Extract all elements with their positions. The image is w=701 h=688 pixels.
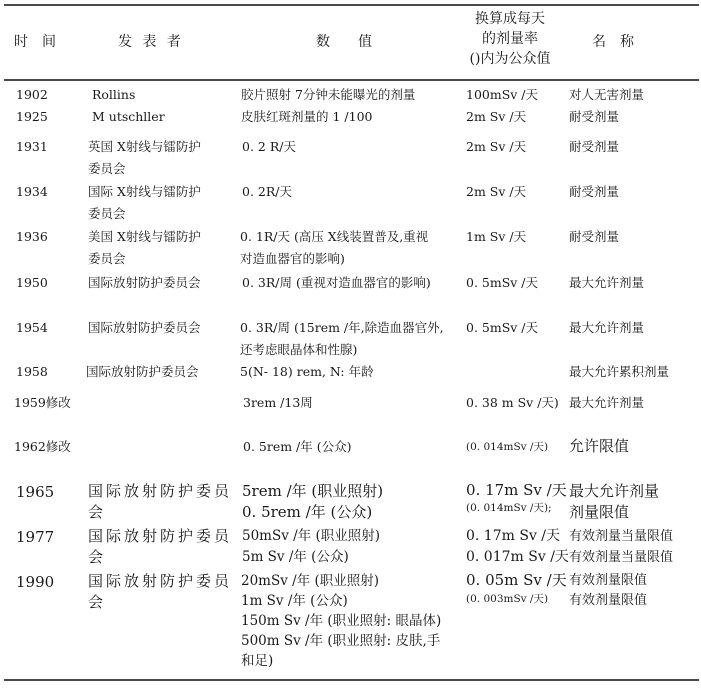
cell-year: 1934: [16, 181, 48, 203]
cell-publisher-line: 委员会: [88, 248, 201, 270]
cell-name-line: 有效剂量当量限值: [569, 547, 673, 568]
cell-rate: 1m Sv /天: [466, 226, 526, 248]
cell-value: 20mSv /年 (职业照射) 1m Sv /年 (公众) 150m Sv /年…: [241, 571, 441, 671]
cell-rate: 0. 17m Sv /天 0. 017m Sv /天: [466, 526, 569, 568]
cell-name: 最大允许剂量: [569, 392, 644, 414]
cell-year: 1958: [16, 361, 48, 383]
cell-rate-line: (0. 014mSv /天);: [466, 499, 567, 517]
cell-name-line: 有效剂量限值: [569, 591, 647, 611]
top-rule: [4, 4, 699, 6]
header-name: 名 称: [592, 32, 634, 52]
cell-value: 0. 2R/天: [242, 181, 292, 203]
cell-value: 胶片照射 7分钟未能曝光的剂量: [241, 84, 415, 106]
cell-publisher-line: 国际放射防护委员: [88, 571, 232, 592]
cell-year: 1902: [16, 84, 48, 106]
cell-rate: 0. 5mSv /天: [466, 272, 538, 294]
header-publisher: 发 表 者: [118, 32, 184, 52]
cell-rate-line: 0. 17m Sv /天: [466, 481, 567, 499]
cell-name-line: 有效剂量限值: [569, 571, 647, 591]
cell-value: 50mSv /年 (职业照射) 5m Sv /年 (公众): [242, 526, 380, 568]
cell-value-line: 150m Sv /年 (职业照射: 眼晶体): [241, 611, 441, 631]
cell-year: 1959修改: [14, 392, 71, 414]
cell-name: 耐受剂量: [569, 226, 619, 248]
cell-name: 有效剂量限值 有效剂量限值: [569, 571, 647, 611]
cell-value-line: 500m Sv /年 (职业照射: 皮肤,手: [241, 631, 441, 651]
cell-rate: 2m Sv /天: [466, 181, 526, 203]
cell-name: 耐受剂量: [569, 136, 619, 158]
cell-publisher: 国际放射防护委员会: [86, 361, 199, 383]
cell-name: 最大允许剂量 剂量限值: [569, 481, 659, 523]
cell-publisher: M utschller: [92, 106, 165, 128]
cell-rate: 0. 5mSv /天: [466, 317, 538, 339]
cell-value-line: 5m Sv /年 (公众): [242, 547, 380, 568]
cell-year: 1925: [16, 106, 48, 128]
cell-rate: (0. 014mSv /天): [466, 436, 548, 458]
cell-name: 耐受剂量: [569, 181, 619, 203]
cell-value: 0. 1R/天 (高压 X线装置普及,重视 对造血器官的影响): [240, 226, 428, 270]
header-daily-rate-line-3: ()内为公众值: [456, 49, 564, 69]
cell-value: 5(N- 18) rem, N: 年龄: [240, 361, 374, 383]
cell-value: 0. 2 R/天: [242, 136, 296, 158]
header-time: 时 间: [14, 32, 56, 52]
cell-rate-line: 0. 17m Sv /天: [466, 526, 569, 547]
header-daily-rate-line-2: 的剂量率: [456, 29, 564, 49]
cell-year: 1936: [16, 226, 48, 248]
cell-value-line: 0. 3R/周 (15rem /年,除造血器官外,: [240, 317, 444, 339]
cell-value: 0. 3R/周 (15rem /年,除造血器官外, 还考虑眼晶体和性腺): [240, 317, 444, 361]
cell-publisher-line: 会: [88, 547, 232, 568]
cell-name-line: 最大允许剂量: [569, 481, 659, 502]
cell-value-line: 对造血器官的影响): [240, 248, 428, 270]
cell-year: 1977: [16, 526, 54, 548]
cell-publisher-line: 国际放射防护委员: [88, 526, 232, 547]
cell-value: 0. 5rem /年 (公众): [243, 436, 352, 458]
cell-rate: 0. 38 m Sv /天): [466, 392, 559, 414]
cell-rate-line: (0. 003mSv /天): [466, 590, 567, 609]
cell-publisher-line: 委员会: [88, 203, 201, 225]
cell-rate: 0. 05m Sv /天 (0. 003mSv /天): [466, 571, 567, 609]
cell-value-line: 5rem /年 (职业照射): [242, 481, 383, 502]
cell-publisher: 国际放射防护委员会: [88, 317, 201, 339]
cell-name-line: 有效剂量当量限值: [569, 526, 673, 547]
cell-year: 1962修改: [14, 436, 71, 458]
cell-year: 1950: [16, 272, 48, 294]
header-rule: [4, 79, 699, 81]
cell-rate: 2m Sv /天: [466, 136, 526, 158]
cell-publisher-line: 美国 X射线与镭防护: [88, 226, 201, 248]
cell-name: 最大允许剂量: [569, 272, 644, 294]
cell-year: 1931: [16, 136, 48, 158]
cell-publisher: 国际 X射线与镭防护 委员会: [88, 181, 201, 225]
cell-publisher: 英国 X射线与镭防护 委员会: [88, 136, 201, 180]
cell-name: 耐受剂量: [569, 106, 619, 128]
cell-publisher: Rollins: [92, 84, 135, 106]
cell-year: 1990: [16, 571, 54, 593]
cell-value-line: 50mSv /年 (职业照射): [242, 526, 380, 547]
cell-rate-line: 0. 05m Sv /天: [466, 571, 567, 590]
cell-rate-line: 0. 017m Sv /天: [466, 547, 569, 568]
cell-year: 1965: [16, 481, 54, 503]
cell-name: 对人无害剂量: [569, 84, 644, 106]
cell-value-line: 1m Sv /年 (公众): [241, 591, 441, 611]
cell-rate: 0. 17m Sv /天 (0. 014mSv /天);: [466, 481, 567, 517]
cell-value-line: 和足): [241, 651, 441, 671]
cell-value-line: 还考虑眼晶体和性腺): [240, 339, 444, 361]
cell-name-line: 剂量限值: [569, 502, 659, 523]
cell-publisher-line: 委员会: [88, 158, 201, 180]
cell-name: 最大允许累积剂量: [569, 361, 669, 383]
cell-name: 有效剂量当量限值 有效剂量当量限值: [569, 526, 673, 568]
cell-publisher-line: 会: [88, 502, 232, 523]
cell-value: 5rem /年 (职业照射) 0. 5rem /年 (公众): [242, 481, 383, 523]
cell-value-line: 20mSv /年 (职业照射): [241, 571, 441, 591]
cell-publisher: 国际放射防护委员会: [88, 272, 201, 294]
cell-value-line: 0. 5rem /年 (公众): [242, 502, 383, 523]
header-value: 数 值: [316, 32, 372, 52]
cell-value: 皮肤红斑剂量的 1 /100: [241, 106, 372, 128]
bottom-rule: [4, 679, 699, 681]
cell-rate: 2m Sv /天: [466, 106, 526, 128]
cell-rate: 100mSv /天: [466, 84, 538, 106]
cell-value: 3rem /13周: [243, 392, 313, 414]
cell-value: 0. 3R/周 (重视对造血器官的影响): [242, 272, 431, 294]
cell-publisher-line: 英国 X射线与镭防护: [88, 136, 201, 158]
cell-publisher: 国际放射防护委员 会: [88, 526, 232, 568]
cell-publisher-line: 国际 X射线与镭防护: [88, 181, 201, 203]
cell-name: 最大允许剂量: [569, 317, 644, 339]
cell-publisher-line: 会: [88, 592, 232, 613]
cell-publisher: 国际放射防护委员 会: [88, 571, 232, 613]
header-daily-rate-line-1: 换算成每天: [456, 9, 564, 29]
cell-value-line: 0. 1R/天 (高压 X线装置普及,重视: [240, 226, 428, 248]
cell-year: 1954: [16, 317, 48, 339]
cell-publisher-line: 国际放射防护委员: [88, 481, 232, 502]
cell-publisher: 国际放射防护委员 会: [88, 481, 232, 523]
cell-publisher: 美国 X射线与镭防护 委员会: [88, 226, 201, 270]
cell-name: 允许限值: [569, 435, 629, 457]
header-daily-rate: 换算成每天 的剂量率 ()内为公众值: [456, 9, 564, 69]
